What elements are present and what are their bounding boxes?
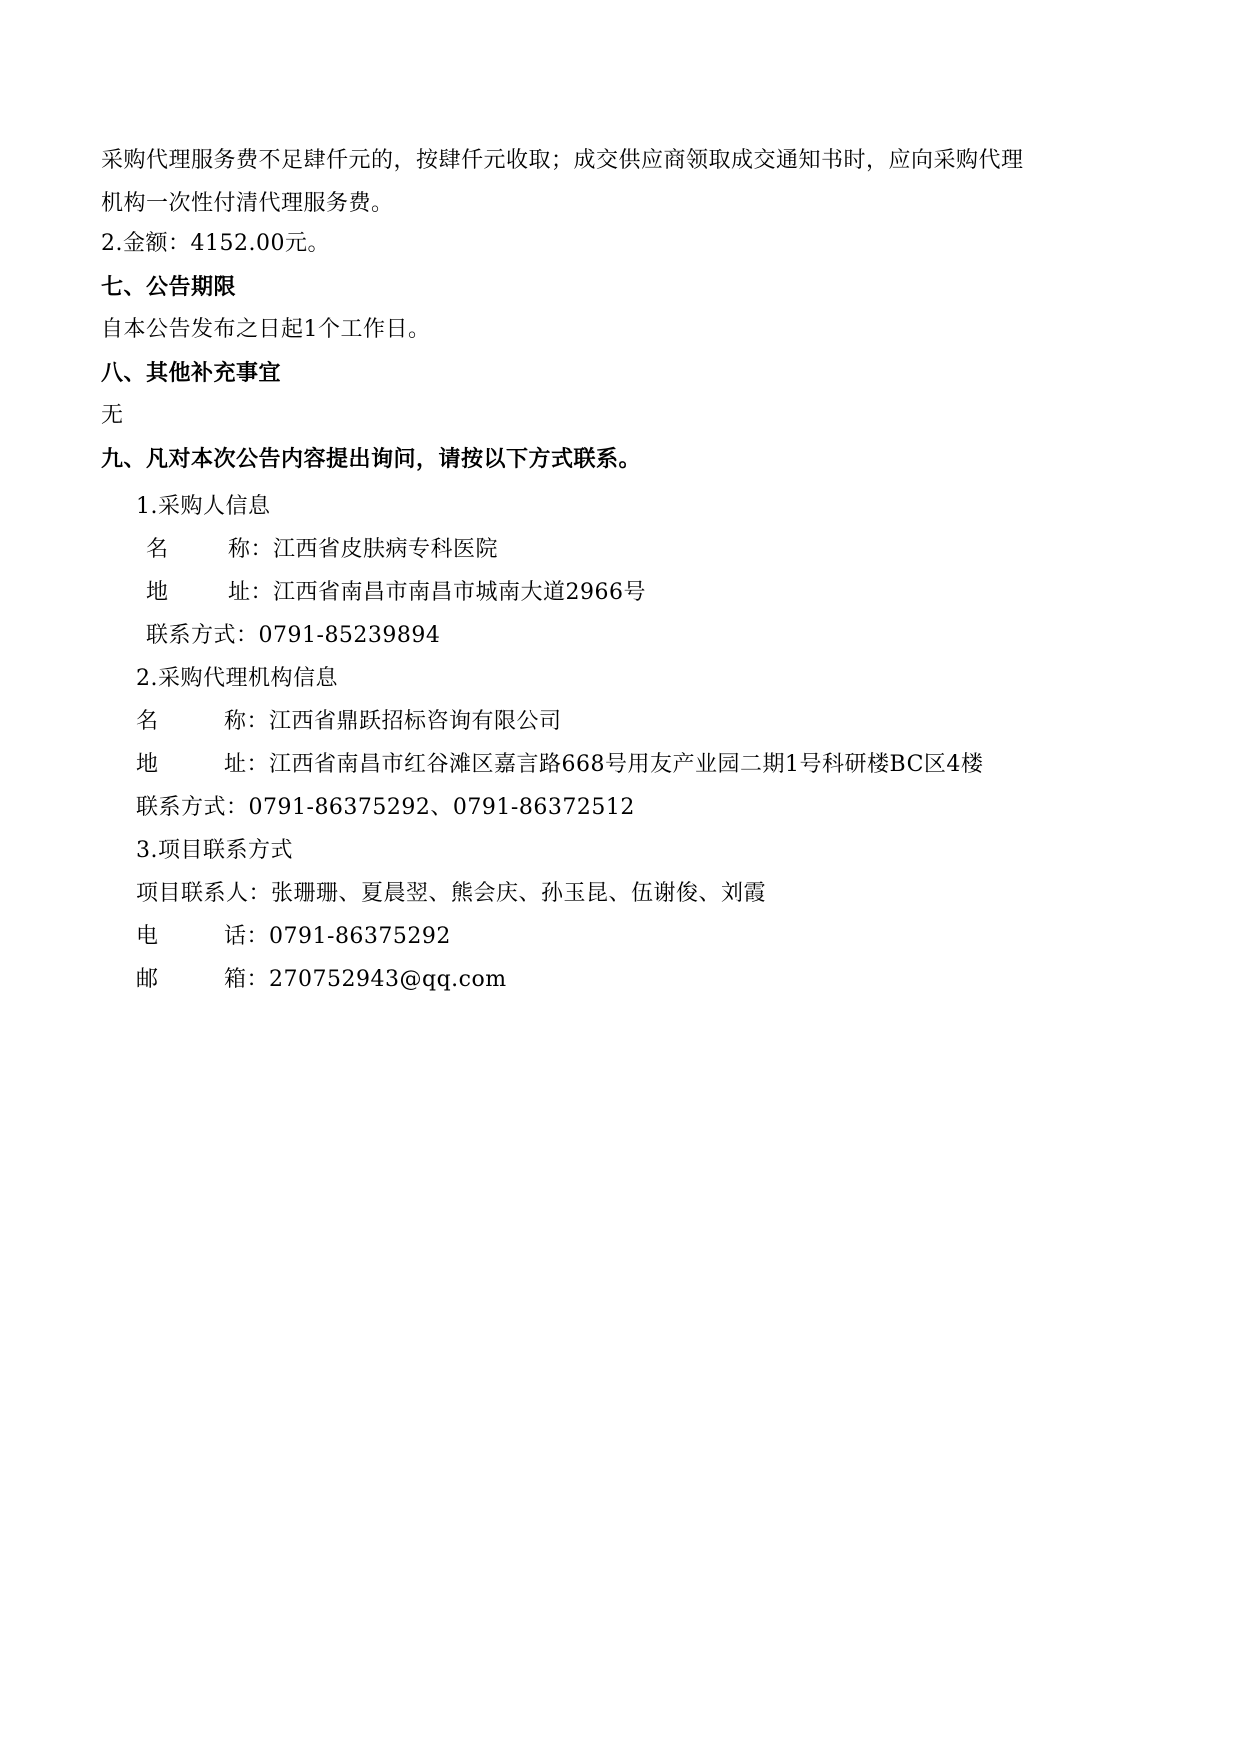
agency-address-value: 江西省南昌市红谷滩区嘉言路668号用友产业园二期1号科研楼BC区4楼 xyxy=(269,752,983,777)
agency-contact-row: 联系方式：0791-86375292、0791-86372512 xyxy=(136,793,635,823)
purchaser-contact-value: 0791-85239894 xyxy=(259,623,441,648)
project-title: 3.项目联系方式 xyxy=(136,836,293,866)
fee-amount: 2.金额：4152.00元。 xyxy=(101,229,330,259)
agency-name-value: 江西省鼎跃招标咨询有限公司 xyxy=(269,709,562,734)
agency-contact-value: 0791-86375292、0791-86372512 xyxy=(249,795,635,820)
project-phone-label-2: 话： xyxy=(224,922,269,952)
project-people-value: 张珊珊、夏晨翌、熊会庆、孙玉昆、伍谢俊、刘霞 xyxy=(271,881,766,906)
project-email-label-2: 箱： xyxy=(224,965,269,995)
purchaser-title: 1.采购人信息 xyxy=(136,492,271,522)
section-7-heading: 七、公告期限 xyxy=(101,272,236,302)
fee-rule-line-1: 采购代理服务费不足肆仟元的，按肆仟元收取；成交供应商领取成交通知书时，应向采购代… xyxy=(101,146,1024,176)
project-people-row: 项目联系人：张珊珊、夏晨翌、熊会庆、孙玉昆、伍谢俊、刘霞 xyxy=(136,879,766,909)
purchaser-address-label-1: 地 xyxy=(146,578,228,608)
agency-name-label-2: 称： xyxy=(224,707,269,737)
section-9-heading: 九、凡对本次公告内容提出询问，请按以下方式联系。 xyxy=(101,444,641,474)
purchaser-name-label-2: 称： xyxy=(228,535,273,565)
agency-title: 2.采购代理机构信息 xyxy=(136,664,338,694)
project-people-label: 项目联系人： xyxy=(136,881,271,906)
document-page: 采购代理服务费不足肆仟元的，按肆仟元收取；成交供应商领取成交通知书时，应向采购代… xyxy=(0,0,1240,1754)
purchaser-address-row: 地址：江西省南昌市南昌市城南大道2966号 xyxy=(146,578,646,608)
project-email-label-1: 邮 xyxy=(136,965,224,995)
purchaser-address-value: 江西省南昌市南昌市城南大道2966号 xyxy=(273,580,646,605)
purchaser-name-row: 名称：江西省皮肤病专科医院 xyxy=(146,535,498,565)
agency-address-label-2: 址： xyxy=(224,750,269,780)
purchaser-contact-row: 联系方式：0791-85239894 xyxy=(146,621,440,651)
agency-name-row: 名称：江西省鼎跃招标咨询有限公司 xyxy=(136,707,562,737)
project-email-value: 270752943@qq.com xyxy=(269,967,507,992)
agency-name-label-1: 名 xyxy=(136,707,224,737)
purchaser-name-value: 江西省皮肤病专科医院 xyxy=(273,537,498,562)
purchaser-name-label-1: 名 xyxy=(146,535,228,565)
purchaser-address-label-2: 址： xyxy=(228,578,273,608)
project-phone-value: 0791-86375292 xyxy=(269,924,451,949)
project-phone-label-1: 电 xyxy=(136,922,224,952)
fee-rule-line-2: 机构一次性付清代理服务费。 xyxy=(101,189,394,219)
agency-address-row: 地址：江西省南昌市红谷滩区嘉言路668号用友产业园二期1号科研楼BC区4楼 xyxy=(136,750,983,780)
agency-contact-label: 联系方式： xyxy=(136,795,249,820)
agency-address-label-1: 地 xyxy=(136,750,224,780)
section-8-heading: 八、其他补充事宜 xyxy=(101,358,281,388)
project-email-row: 邮箱：270752943@qq.com xyxy=(136,965,507,995)
section-8-body: 无 xyxy=(101,401,124,431)
purchaser-contact-label: 联系方式： xyxy=(146,623,259,648)
section-7-body: 自本公告发布之日起1个工作日。 xyxy=(101,315,431,345)
project-phone-row: 电话：0791-86375292 xyxy=(136,922,451,952)
